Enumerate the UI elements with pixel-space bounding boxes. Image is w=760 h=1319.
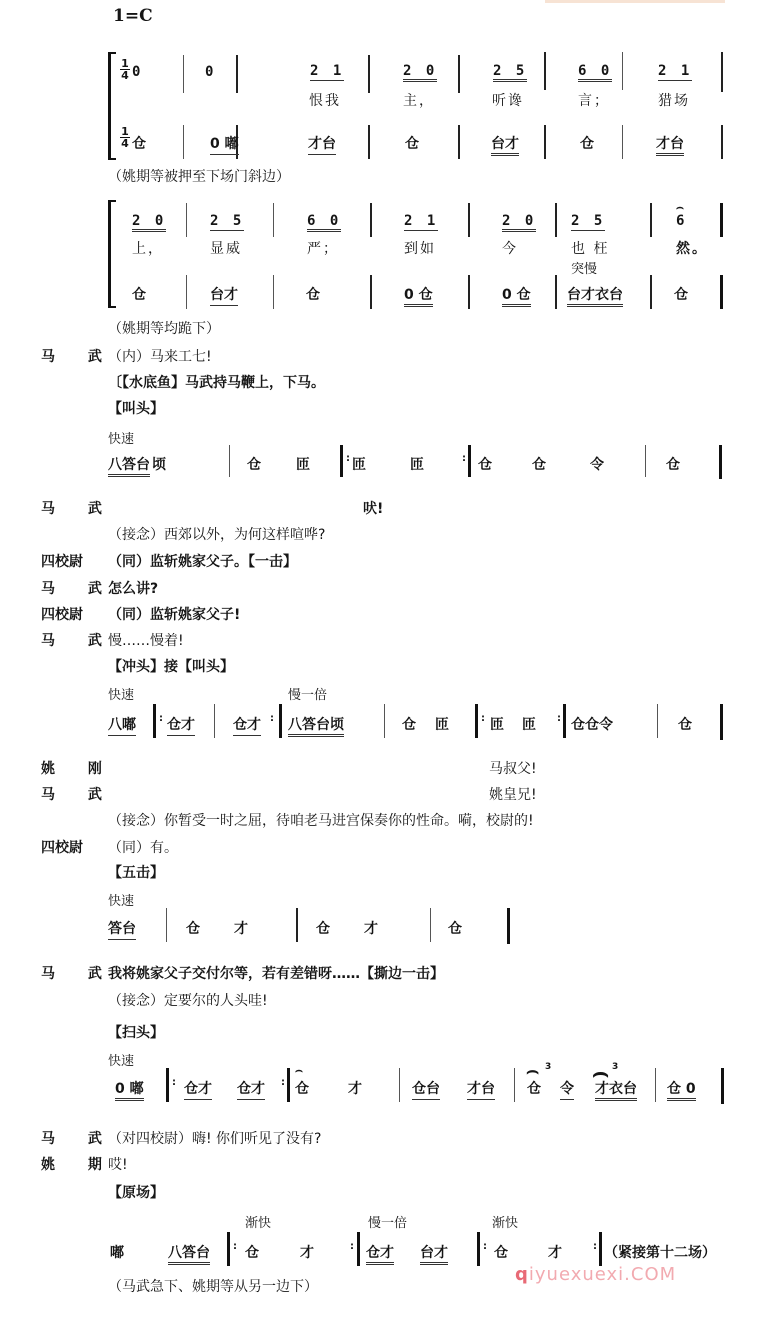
barline [514, 1068, 515, 1102]
percussion-cell: 仓才 [233, 714, 261, 736]
percussion-cell: 匝 [522, 714, 536, 734]
barline [650, 203, 652, 237]
repeat-end-barline [287, 1068, 290, 1102]
tempo-mark: 慢一倍 [368, 1212, 407, 1231]
system-bracket [108, 52, 116, 160]
barline [186, 275, 187, 309]
percussion-cell: 仓 [674, 284, 688, 304]
repeat-dots: : [350, 1244, 354, 1250]
repeat-end-barline [279, 704, 282, 738]
dialogue-line: 我将姚家父子交付尔等，若有差错呀……【撕边一击】 [108, 963, 444, 983]
dialogue-line: （内）马来工七! [108, 346, 212, 366]
percussion-cell: 仓 [448, 918, 462, 938]
dialogue-line: （对四校尉）嗨! 你们听见了没有? [108, 1128, 322, 1148]
repeat-dots: : [481, 716, 485, 722]
lyric: 猎场 [658, 90, 690, 110]
triplet-number: 3 [612, 1064, 618, 1070]
barline [229, 445, 230, 477]
dialogue-line: （接念）西郊以外，为何这样喧哗? [108, 524, 325, 544]
percussion-cell: 嘟 [110, 1242, 124, 1262]
repeat-start-barline [477, 1232, 480, 1266]
percussion-cell: 才台 [467, 1078, 495, 1100]
barline [273, 203, 274, 237]
percussion-cell: 仓 [405, 133, 419, 153]
dialogue-line: 慢……慢着! [108, 630, 184, 650]
role-name: 马 武 [41, 498, 116, 518]
barline [458, 55, 460, 93]
dialogue-line: 哎! [108, 1154, 128, 1174]
role-name: 马 武 [41, 346, 116, 366]
percussion-cell: 台才衣台 [567, 284, 623, 307]
percussion-cell: 仓 [580, 133, 594, 153]
percussion-cell: 仓仓令 [571, 714, 613, 734]
percussion-cell: 令 [590, 454, 604, 474]
barline [214, 704, 215, 738]
barline [655, 1068, 656, 1102]
barline [166, 908, 167, 942]
role-name: 四校尉 [41, 604, 83, 624]
dialogue-line: （同）监斩姚家父子。【一击】 [108, 551, 297, 571]
barline [236, 55, 238, 93]
tempo-mark: 快速 [108, 1050, 134, 1069]
lyric: 听谗 [492, 90, 524, 110]
vocal-note: 2 0 [403, 63, 437, 82]
barline [555, 275, 557, 309]
lyric: 也 枉 [571, 238, 609, 258]
role-name: 四校尉 [41, 837, 83, 857]
role-name: 四校尉 [41, 551, 83, 571]
role-name: 马 武 [41, 578, 116, 598]
vocal-note: 2 0 [502, 213, 536, 232]
barline [399, 1068, 400, 1102]
percussion-cell: 匝 [296, 454, 310, 474]
barline [721, 125, 723, 159]
vocal-note: 0 [132, 64, 143, 80]
percussion-cell: 仓 [532, 454, 546, 474]
dialogue-line: （同）有。 [108, 837, 178, 857]
percussion-cell: 仓 [132, 133, 146, 153]
fermata-mark: ⌢ [295, 1063, 303, 1078]
percussion-cell: 仓 [678, 714, 692, 734]
vocal-note: 6 [676, 213, 687, 229]
percussion-cell: 八答台 [168, 1242, 210, 1265]
percussion-cell: 0 仓 [502, 284, 531, 307]
percussion-cell: 仓 [295, 1078, 309, 1098]
percussion-cell: 八答台顷 [288, 714, 344, 737]
vocal-note: 2 0 [132, 213, 166, 232]
role-name: 马 武 [41, 784, 116, 804]
key-signature: 1=C [113, 6, 153, 26]
repeat-end-barline [357, 1232, 360, 1266]
final-barline [507, 908, 510, 944]
repeat-end-barline [468, 445, 471, 477]
tempo-mark: 渐快 [492, 1212, 518, 1231]
lyric: 然。 [676, 238, 708, 258]
repeat-dots: : [233, 1244, 237, 1250]
barline [544, 125, 546, 159]
percussion-cell: 仓 [247, 454, 261, 474]
repeat-dots: : [270, 716, 274, 722]
percussion-cell: 八嘟 [108, 714, 136, 736]
repeat-dots: : [557, 716, 561, 722]
percussion-cell: 才 [300, 1242, 314, 1262]
vocal-note: 2 5 [493, 63, 527, 82]
tempo-mark: 快速 [108, 684, 134, 703]
vocal-note: 6 0 [307, 213, 341, 232]
repeat-start-barline [227, 1232, 230, 1266]
percussion-cell: 仓才 [184, 1078, 212, 1100]
percussion-cell: 匝 [435, 714, 449, 734]
percussion-cell: 令 [560, 1078, 574, 1100]
barline [183, 55, 184, 93]
final-barline [720, 704, 723, 740]
vocal-note: 0 [205, 64, 216, 80]
repeat-start-barline [340, 445, 343, 477]
repeat-start-barline [166, 1068, 169, 1102]
repeat-dots: : [483, 1244, 487, 1250]
percussion-cell: 才台 [656, 133, 684, 156]
percussion-cell: 台才 [210, 284, 238, 306]
barline [370, 203, 372, 237]
percussion-cell: 仓 [306, 284, 320, 304]
barline [720, 275, 723, 309]
lyric: 显威 [210, 238, 242, 258]
barline [370, 275, 372, 309]
barline [544, 52, 546, 90]
repeat-end-barline [563, 704, 566, 738]
vocal-note: 2 5 [210, 213, 244, 231]
barline [645, 445, 646, 477]
barline [186, 203, 187, 237]
percussion-cell: 答台 [108, 918, 136, 940]
vocal-note: 2 1 [310, 63, 344, 81]
role-name: 马 武 [41, 1128, 116, 1148]
dialogue-line: 吠! [363, 498, 383, 518]
vocal-note: 6 0 [578, 63, 612, 82]
percussion-cell: 八答台 [108, 454, 150, 477]
gong-pattern-title: 【扫头】 [108, 1022, 164, 1042]
barline [368, 55, 370, 93]
percussion-cell: 才 [548, 1242, 562, 1262]
percussion-cell: 仓 [527, 1078, 541, 1098]
time-signature-perc: 14 [120, 126, 130, 149]
barline [273, 275, 274, 309]
tempo-mark: 慢一倍 [288, 684, 327, 703]
tempo-mark: 渐快 [245, 1212, 271, 1231]
percussion-cell: 仓 [402, 714, 416, 734]
barline [384, 704, 385, 738]
lyric: 恨我 [309, 90, 341, 110]
percussion-cell: 仓才 [366, 1242, 394, 1265]
stage-cue: 〔【水底鱼】马武持马鞭上，下马。 [108, 372, 325, 392]
lyric: 言； [578, 90, 610, 110]
percussion-cell: 仓 [478, 454, 492, 474]
gong-pattern-title: 【五击】 [108, 862, 164, 882]
gong-pattern-title: 【冲头】接【叫头】 [108, 656, 234, 676]
gong-pattern-title: 【原场】 [108, 1182, 164, 1202]
percussion-cell: 匝 [490, 714, 504, 734]
percussion-cell: 仓 0 [667, 1078, 696, 1101]
system-bracket [108, 200, 116, 308]
percussion-cell: 仓才 [167, 714, 195, 736]
barline [183, 125, 184, 159]
continuation-note: （紧接第十二场） [604, 1242, 716, 1262]
triplet-number: 3 [545, 1064, 551, 1070]
lyric: 上， [132, 238, 164, 258]
stage-direction: （姚期等被押至下场门斜边） [108, 166, 290, 186]
stage-direction: （姚期等均跪下） [108, 318, 220, 338]
repeat-end-barline [599, 1232, 602, 1266]
repeat-start-barline [153, 704, 156, 738]
barline [555, 203, 557, 237]
repeat-dots: : [172, 1080, 176, 1086]
dialogue-line: 马叔父! [489, 758, 537, 778]
vocal-note: 2 1 [404, 213, 438, 231]
final-barline [721, 1068, 724, 1104]
percussion-cell: 台才 [420, 1242, 448, 1265]
percussion-cell: 匝 [352, 454, 366, 474]
repeat-dots: : [281, 1080, 285, 1086]
barline [622, 52, 623, 90]
watermark: qiyuexuexi.COM [515, 1264, 676, 1285]
percussion-cell: 才衣台 [595, 1078, 637, 1101]
dialogue-line: 姚皇兄! [489, 784, 537, 804]
percussion-cell: 才 [348, 1078, 362, 1098]
role-name: 姚 期 [41, 1154, 116, 1174]
barline [622, 125, 623, 159]
dialogue-line: （接念）你暂受一时之屈，待咱老马进宫保奏你的性命。嗬，校尉的! [108, 810, 534, 830]
role-name: 马 武 [41, 963, 116, 983]
percussion-cell: 仓 [132, 284, 146, 304]
percussion-cell: 仓 [666, 454, 680, 474]
percussion-cell: 台才 [491, 133, 519, 156]
percussion-cell: 仓 [494, 1242, 508, 1262]
repeat-dots: : [159, 716, 163, 722]
top-decor-stripe [545, 0, 725, 3]
final-barline [719, 445, 722, 479]
percussion-cell: 仓 [186, 918, 200, 938]
tempo-mark: 突慢 [571, 258, 597, 277]
percussion-cell: 顷 [152, 454, 166, 474]
role-name: 姚 刚 [41, 758, 116, 778]
lyric: 今 [502, 238, 518, 258]
repeat-dots: : [593, 1244, 597, 1250]
barline [720, 203, 723, 237]
repeat-dots: : [346, 456, 350, 462]
percussion-cell: 仓 [245, 1242, 259, 1262]
gong-pattern-title: 【叫头】 [108, 398, 164, 418]
lyric: 主， [403, 90, 435, 110]
percussion-cell: 仓 [316, 918, 330, 938]
percussion-cell: 0 仓 [404, 284, 433, 307]
barline [468, 275, 470, 309]
role-name: 马 武 [41, 630, 116, 650]
tempo-mark: 快速 [108, 428, 134, 447]
barline [458, 125, 460, 159]
barline [368, 125, 370, 159]
percussion-cell: 才 [234, 918, 248, 938]
lyric: 严； [307, 238, 339, 258]
barline [296, 908, 298, 942]
percussion-cell: 匝 [410, 454, 424, 474]
barline [430, 908, 431, 942]
dialogue-line: 怎么讲? [108, 578, 158, 598]
repeat-dots: : [462, 456, 466, 462]
percussion-cell: 0 嘟 [210, 133, 239, 155]
percussion-cell: 0 嘟 [115, 1078, 144, 1101]
percussion-cell: 仓台 [412, 1078, 440, 1100]
stage-direction: （马武急下、姚期等从另一边下） [108, 1276, 318, 1296]
time-signature: 14 [120, 58, 130, 81]
dialogue-line: （同）监斩姚家父子! [108, 604, 240, 624]
barline [657, 704, 658, 738]
percussion-cell: 才台 [308, 133, 336, 155]
vocal-note: 2 1 [658, 63, 692, 81]
barline [468, 203, 470, 237]
barline [721, 52, 723, 92]
vocal-note: 2 5 [571, 213, 605, 231]
lyric: 到如 [404, 238, 436, 258]
dialogue-line: （接念）定要尔的人头哇! [108, 990, 268, 1010]
tempo-mark: 快速 [108, 890, 134, 909]
percussion-cell: 仓才 [237, 1078, 265, 1100]
barline [650, 275, 652, 309]
repeat-start-barline [475, 704, 478, 738]
percussion-cell: 才 [364, 918, 378, 938]
